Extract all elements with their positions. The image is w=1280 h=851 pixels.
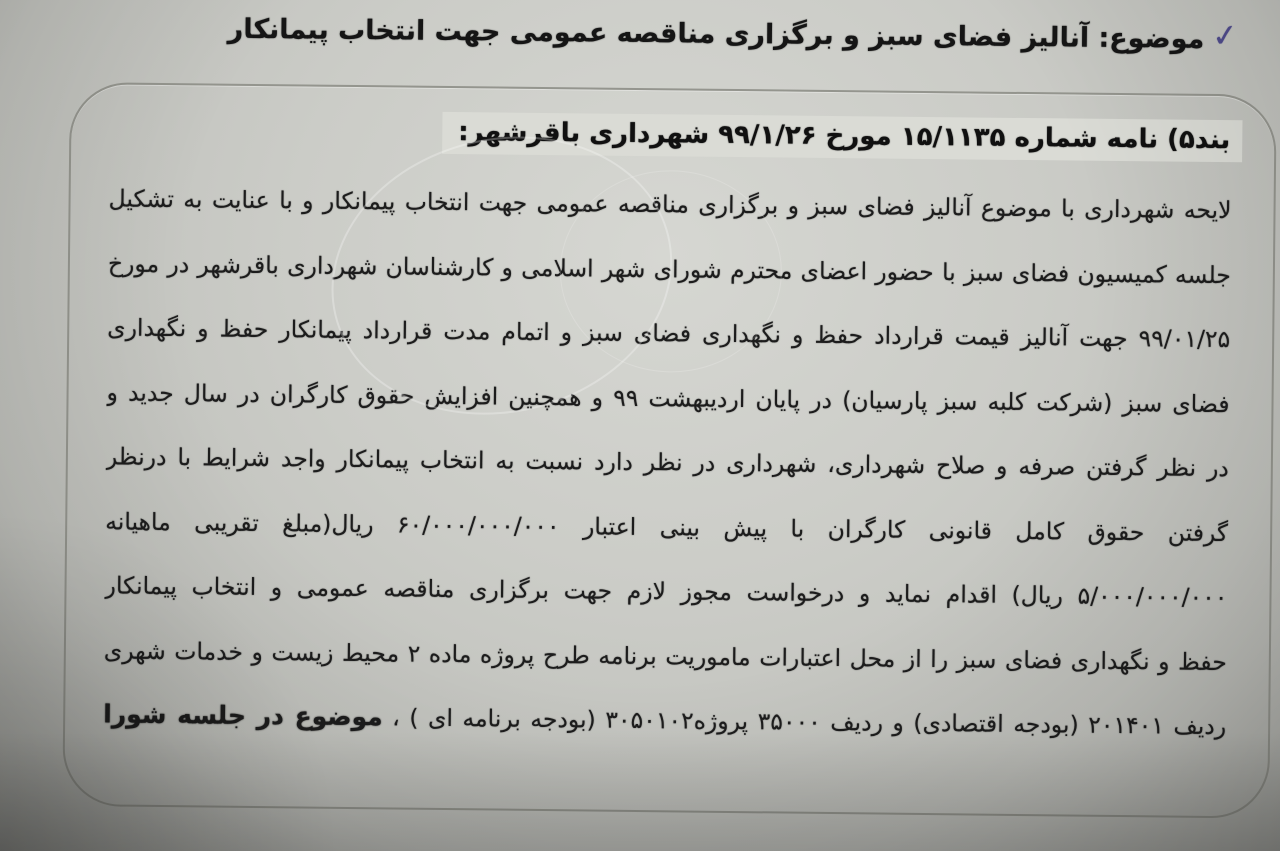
body-line: در نظر گرفتن صرفه و صلاح شهرداری، شهردار…	[106, 424, 1230, 500]
letter-body: لایحه شهرداری با موضوع آنالیز فضای سبز و…	[65, 166, 1274, 759]
document-photo: ✓موضوع: آنالیز فضای سبز و برگزاری مناقصه…	[0, 0, 1280, 851]
body-line: فضای سبز (شرکت کلبه سبز پارسیان) در پایا…	[106, 360, 1230, 436]
last-line-bold-text: موضوع در جلسه شورا	[103, 699, 383, 731]
letter-box: بند۵) نامه شماره ۱۵/۱۱۳۵ مورخ ۹۹/۱/۲۶ شه…	[62, 82, 1277, 819]
letter-heading-row: بند۵) نامه شماره ۱۵/۱۱۳۵ مورخ ۹۹/۱/۲۶ شه…	[71, 84, 1275, 163]
checkmark-icon: ✓	[1211, 17, 1240, 55]
photo-page: { "page": { "paper_color": "#cbccc7", "i…	[0, 0, 1280, 851]
subject-line: ✓موضوع: آنالیز فضای سبز و برگزاری مناقصه…	[228, 10, 1239, 57]
body-line: ۵/۰۰۰/۰۰۰/۰۰۰ ریال) اقدام نماید و درخواس…	[104, 553, 1228, 629]
body-line: گرفتن حقوق کامل قانونی کارگران با پیش بی…	[105, 489, 1229, 565]
letter-heading: بند۵) نامه شماره ۱۵/۱۱۳۵ مورخ ۹۹/۱/۲۶ شه…	[442, 112, 1243, 162]
body-line: جلسه کمیسیون فضای سبز با حضور اعضای محتر…	[108, 231, 1232, 307]
body-line: حفظ و نگهداری فضای سبز را از محل اعتبارا…	[104, 618, 1228, 694]
body-line: لایحه شهرداری با موضوع آنالیز فضای سبز و…	[108, 166, 1232, 242]
document-content: ✓موضوع: آنالیز فضای سبز و برگزاری مناقصه…	[0, 0, 1280, 851]
body-line-last: ردیف ۲۰۱۴۰۱ (بودجه اقتصادی) و ردیف ۳۵۰۰۰…	[103, 682, 1227, 758]
body-line: ۹۹/۰۱/۲۵ جهت آنالیز قیمت قرارداد حفظ و ن…	[107, 295, 1231, 371]
last-line-text: ردیف ۲۰۱۴۰۱ (بودجه اقتصادی) و ردیف ۳۵۰۰۰…	[383, 703, 1227, 740]
subject-text: موضوع: آنالیز فضای سبز و برگزاری مناقصه …	[228, 14, 1205, 55]
